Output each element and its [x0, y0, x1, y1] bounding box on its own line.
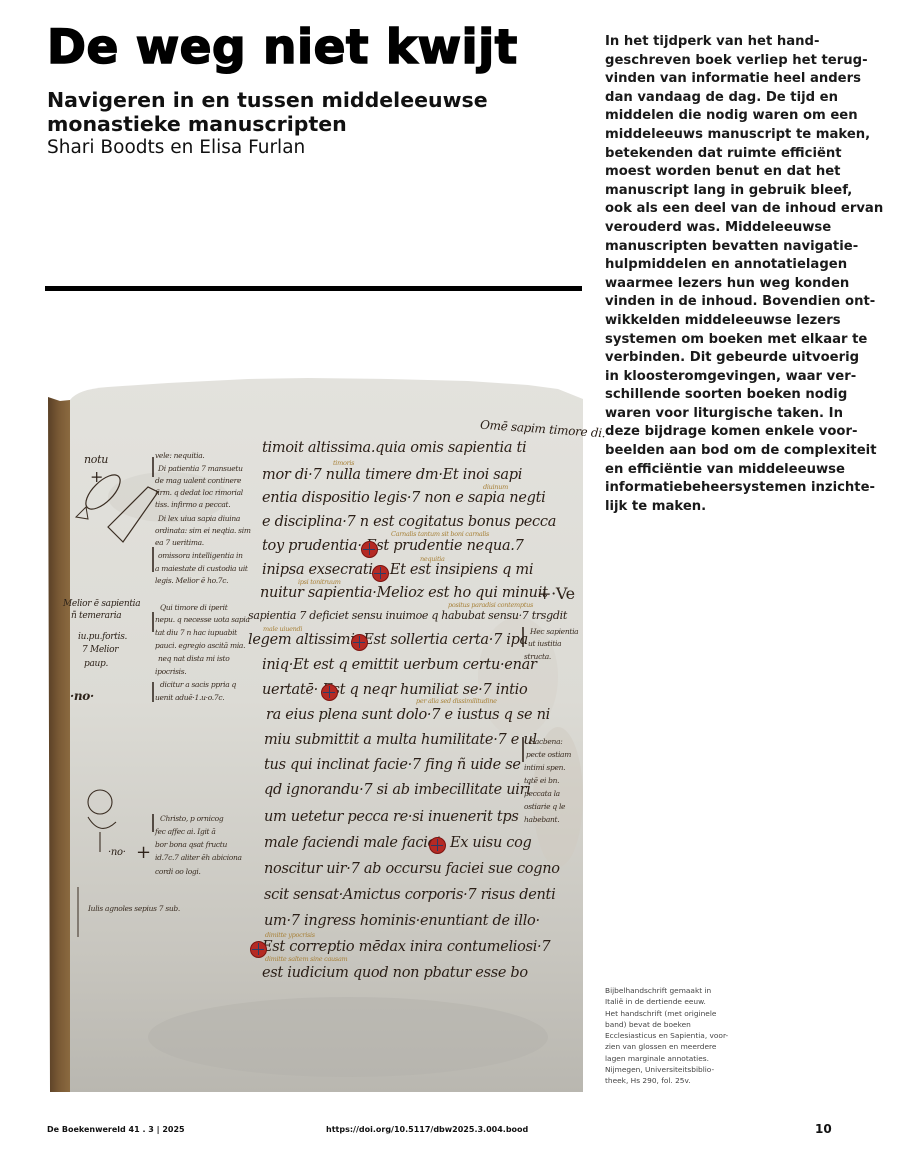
margin-note: notu: [84, 453, 108, 466]
intro-line: wikkelden middeleeuwse lezers: [605, 312, 867, 331]
margin-note: ·no·: [70, 689, 94, 703]
intro-line: betekenden dat ruimte efficiënt: [605, 145, 867, 164]
red-initial-icon: [372, 565, 389, 582]
intro-line: geschreven boek verliep het terug-: [605, 52, 867, 71]
gloss-line: ea 7 ueritima.: [155, 538, 204, 547]
gloss-line: legis. Melior ē ho.7c.: [155, 576, 228, 585]
caption-line: theek, Hs 290, fol. 25v.: [605, 1075, 735, 1086]
manuscript-line: miu submittit a multa humilitate·7 e ul: [264, 732, 537, 748]
gloss-line: cordi oo logi.: [155, 867, 201, 876]
gloss-line-right: pecte ostiam: [526, 750, 571, 759]
intro-line: middelen die nodig waren om een: [605, 107, 867, 126]
caption-line: lagen marginale annotaties.: [605, 1053, 735, 1064]
gloss-line: tiss. infirmo a peccat.: [155, 500, 230, 509]
gloss-line-right: habebant.: [524, 815, 559, 824]
gloss-line-right: Hec sapientia: [530, 627, 578, 636]
manuscript-line: ra eius plena sunt dolo·7 e iustus q se …: [266, 707, 550, 723]
manuscript-line: uertatē· Est q neqr humiliat se·7 intio: [262, 682, 527, 698]
gold-gloss: diuinum: [483, 483, 508, 491]
gloss-line: Christo, p ornicog: [160, 814, 223, 823]
gloss-line: ipocrisis.: [155, 667, 186, 676]
gloss-line: Iulis agnoles sepius 7 sub.: [88, 904, 180, 913]
gloss-line-right: structa.: [524, 652, 551, 661]
gold-gloss: ipsi tonitruum: [298, 578, 341, 586]
red-initial-icon: [321, 684, 338, 701]
gloss-line: de mag ualent continere: [155, 476, 241, 485]
gloss-line: dicitur a sacis ppria q: [160, 680, 236, 689]
gloss-line: id.7c.7 aliter ēh abiciona: [155, 853, 242, 862]
intro-line: beelden aan bod om de complexiteit: [605, 442, 867, 461]
gold-gloss: male uiuendi: [263, 625, 302, 633]
gloss-line: nepu. q necesse uota sapia: [155, 615, 250, 624]
manuscript-line: inipsa exsecratio· Et est insipiens q mi: [262, 562, 533, 578]
manuscript-line: nuitur sapientia·Melioz est ho qui minui…: [260, 585, 548, 601]
manuscript-line: qd ignorandu·7 si ab imbecillitate uiri: [264, 782, 531, 798]
title-divider: [45, 286, 582, 291]
manuscript-line: Est correptio mēdax inira contumeliosi·7: [262, 939, 550, 955]
gloss-line: bor bona qsat fructu: [155, 840, 227, 849]
gloss-line: ordinata: sim ei neqtia. sim: [155, 526, 251, 535]
gloss-line-right: Sacbena:: [530, 737, 562, 746]
manuscript-line: scit sensat·Amictus corporis·7 risus den…: [264, 887, 555, 903]
margin-note: 7 Melior: [82, 645, 118, 655]
margin-note: ·no·: [108, 847, 126, 858]
intro-line: In het tijdperk van het hand-: [605, 33, 867, 52]
intro-line: dan vandaag de dag. De tijd en: [605, 89, 867, 108]
intro-line: middeleeuws manuscript te maken,: [605, 126, 867, 145]
intro-line: informatiebeheersystemen inzichte-: [605, 479, 867, 498]
page-number: 10: [815, 1122, 832, 1136]
footer-journal: De Boekenwereld 41 . 3 | 2025: [47, 1125, 185, 1134]
gloss-line: tat diu 7 n hac iupuabit: [155, 628, 237, 637]
caption-line: Nijmegen, Universiteitsbiblio-: [605, 1064, 735, 1075]
gloss-line: omissora intelligentia in: [158, 551, 243, 560]
intro-line: hulpmiddelen en annotatielagen: [605, 256, 867, 275]
manuscript-line: tus qui inclinat facie·7 fing ñ uide se: [264, 757, 521, 773]
intro-line: waarmee lezers hun weg konden: [605, 275, 867, 294]
gold-gloss: Carnalis tantum sit boni carnalis: [391, 530, 489, 538]
gloss-line-right: intimi spen.: [524, 763, 565, 772]
caption-line: Italië in de dertiende eeuw.: [605, 996, 735, 1007]
intro-line: vinden in de inhoud. Bovendien ont-: [605, 293, 867, 312]
intro-line: lijk te maken.: [605, 498, 867, 517]
gold-gloss: timoris: [333, 459, 354, 467]
intro-line: systemen om boeken met elkaar te: [605, 331, 867, 350]
manuscript-line: timoit altissima.quia omis sapientia ti: [262, 440, 526, 456]
gold-gloss: nequitia: [420, 555, 445, 563]
gloss-line-right: ut iustitia: [528, 639, 561, 648]
red-initial-icon: [351, 634, 368, 651]
manuscript-line: um uetetur pecca re·si inuenerit tps: [264, 809, 518, 825]
gloss-line-right: peccata la: [524, 789, 560, 798]
gold-gloss: positus paradisi contemptus: [448, 601, 533, 609]
gloss-line: pauci. egregio ascitā mia.: [155, 641, 245, 650]
manuscript-line: mor di·7 nulla timere dm·Et inoi sapi: [262, 467, 522, 483]
gloss-line: Qui timore di iperit: [160, 603, 227, 612]
caption-line: band) bevat de boeken: [605, 1019, 735, 1030]
manuscript-line: noscitur uir·7 ab occursu faciei sue cog…: [264, 861, 560, 877]
manuscript-line: sapientia 7 deficiet sensu inuimoe q hab…: [248, 609, 567, 622]
gloss-line: Di lex uiua sapia diuina: [158, 514, 240, 523]
caption-line: Ecclesiasticus en Sapientia, voor-: [605, 1030, 735, 1041]
footer-doi-link[interactable]: https://doi.org/10.5117/dbw2025.3.004.bo…: [326, 1125, 528, 1134]
figure-caption: Bijbelhandschrift gemaakt in Italië in d…: [605, 985, 735, 1087]
article-authors: Shari Boodts en Elisa Furlan: [47, 137, 305, 159]
intro-line: verbinden. Dit gebeurde uitvoerig: [605, 349, 867, 368]
margin-note: +: [90, 467, 103, 486]
margin-note: paup.: [84, 659, 108, 669]
gold-gloss: dimitte ypocrisis: [265, 931, 315, 939]
gloss-line: vele: nequitia.: [155, 451, 205, 460]
manuscript-line: est iudicium quod non pbatur esse bo: [262, 965, 528, 981]
margin-note: +: [136, 842, 151, 863]
caption-line: Bijbelhandschrift gemaakt in: [605, 985, 735, 996]
intro-line: ook als een deel van de inhoud ervan: [605, 200, 867, 219]
caption-line: Het handschrift (met originele: [605, 1008, 735, 1019]
article-subtitle: Navigeren in en tussen middeleeuwse mona…: [47, 88, 567, 136]
manuscript-line: toy prudentia· Est prudentie nequa.7: [262, 538, 524, 554]
intro-line: moest worden benut en dat het: [605, 163, 867, 182]
intro-line: en efficiëntie van middeleeuwse: [605, 461, 867, 480]
gloss-line: a maiestate di custodia uit: [155, 564, 248, 573]
red-initial-icon: [429, 837, 446, 854]
gloss-line: fec affec ai. Igit ā: [155, 827, 216, 836]
caption-line: zien van glossen en meerdere: [605, 1041, 735, 1052]
manuscript-line: um·7 ingress hominis·enuntiant de illo·: [264, 913, 540, 929]
intro-line: manuscript lang in gebruik bleef,: [605, 182, 867, 201]
gold-gloss: dimitte saltem sine causam: [265, 955, 347, 963]
intro-line: schillende soorten boeken nodig: [605, 386, 867, 405]
gloss-line: neq nat dista mi isto: [158, 654, 229, 663]
gloss-line: uenit aduē·1.u·o.7c.: [155, 693, 224, 702]
gloss-line: Di patientia 7 mansuetu: [158, 464, 243, 473]
manuscript-line: male faciendi male faciet· Ex uisu cog: [264, 835, 532, 851]
manuscript-line: iniq·Et est q emittit uerbum certu·enar: [262, 657, 537, 673]
manuscript-line: legem altissimi· Est sollertia certa·7 i…: [248, 632, 528, 648]
margin-note-right: +·Ve: [538, 584, 575, 603]
red-initial-icon: [361, 541, 378, 558]
intro-paragraph: In het tijdperk van het hand- geschreven…: [605, 33, 867, 516]
margin-note: ñ temeraria: [71, 611, 121, 621]
intro-line: manuscripten bevatten navigatie-: [605, 238, 867, 257]
margin-note: iu.pu.fortis.: [78, 632, 127, 642]
intro-line: deze bijdrage komen enkele voor-: [605, 423, 867, 442]
intro-line: in kloosteromgevingen, waar ver-: [605, 368, 867, 387]
article-title: De weg niet kwijt: [47, 22, 518, 74]
manuscript-line: e disciplina·7 n est cogitatus bonus pec…: [262, 514, 556, 530]
intro-line: verouderd was. Middeleeuwse: [605, 219, 867, 238]
intro-line: vinden van informatie heel anders: [605, 70, 867, 89]
margin-note: Melior ē sapientia: [63, 599, 140, 609]
intro-line: waren voor liturgische taken. In: [605, 405, 867, 424]
gloss-line-right: ostiarie q le: [524, 802, 565, 811]
manuscript-image: Omē sapim timore di. timoit altissima.qu…: [48, 377, 583, 1092]
manuscript-line: entia dispositio legis·7 non e sapia neg…: [262, 490, 545, 506]
gold-gloss: per alia sed dissimilitudine: [416, 697, 497, 705]
gloss-line-right: tatē ei bn.: [524, 776, 559, 785]
gloss-line: firm. q dedat loc rimorial: [155, 488, 243, 497]
